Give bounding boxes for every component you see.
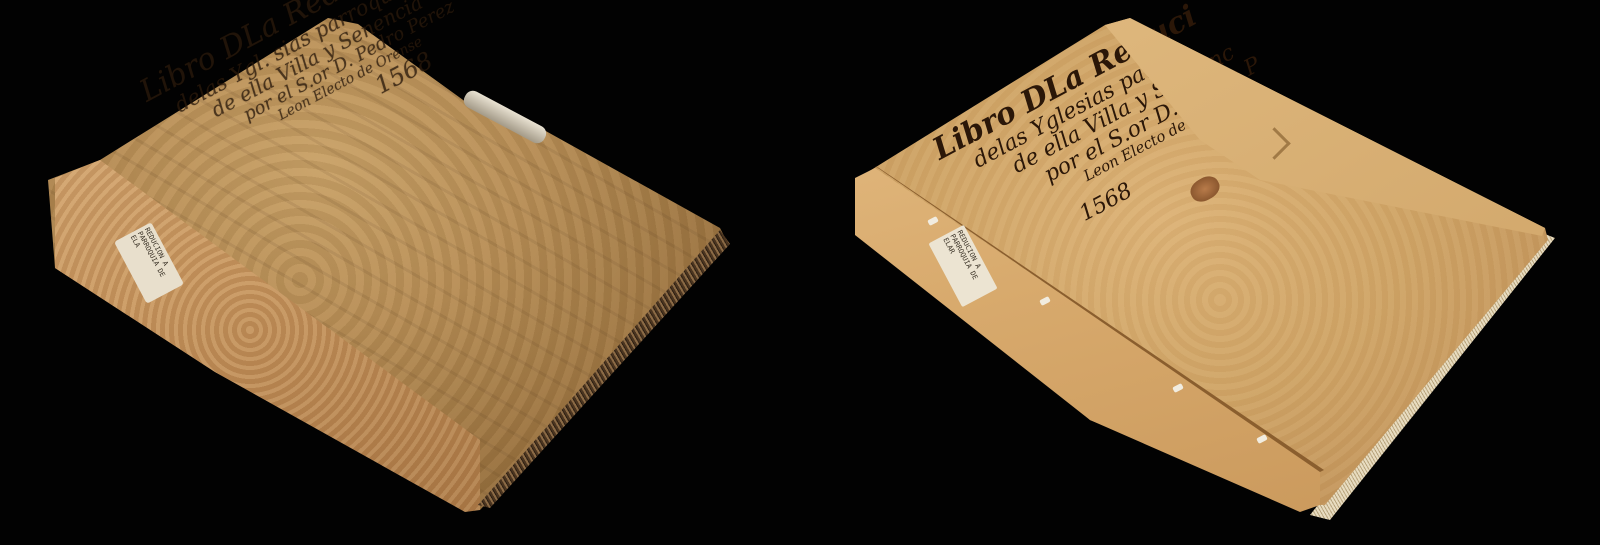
photo-background: Libro DLa Reducion delas Ygl. sias parro… bbox=[0, 0, 1600, 545]
right-book: Libro DLa Reduci delas Yglesias parroq d… bbox=[800, 0, 1600, 545]
left-book: Libro DLa Reducion delas Ygl. sias parro… bbox=[0, 0, 800, 545]
